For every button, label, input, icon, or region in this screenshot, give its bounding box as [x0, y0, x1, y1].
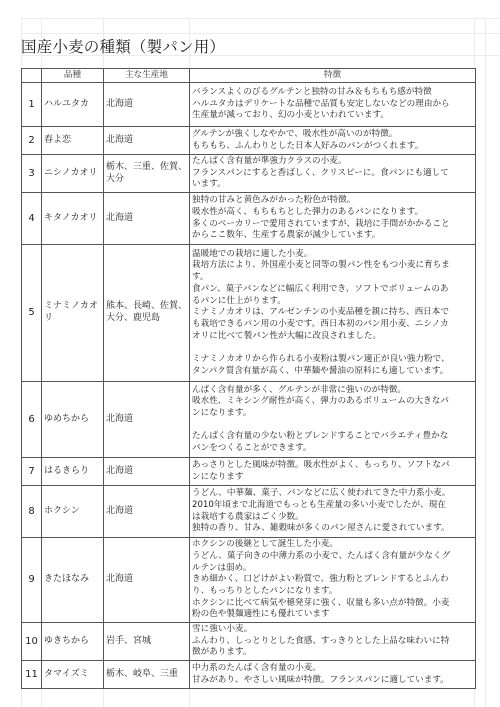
variety-cell[interactable]: ミナミノカオリ: [42, 245, 104, 382]
feature-line: たんぱく含有量が準強力クラスの小麦。: [192, 156, 473, 168]
table-row: 4キタノカオリ北海道独特の甘みと黄色みがかった粉色が特徴。吸水性が高く、もちもち…: [22, 193, 476, 245]
feature-line: 中力系のたんぱく含有量の小麦。: [192, 663, 473, 675]
feature-line: 多くのベーカリーで愛用されていますが、栽培に手間がかかること: [192, 219, 473, 231]
feature-line: ンになります: [192, 472, 473, 484]
table-row: 5ミナミノカオリ熊本、長崎、佐賀、大分、鹿児島温暖地での栽培に適した小麦。栽培方…: [22, 245, 476, 382]
region-cell[interactable]: 岩手、宮城: [104, 623, 190, 661]
region-cell[interactable]: 熊本、長崎、佐賀、大分、鹿児島: [104, 245, 190, 382]
features-cell[interactable]: たんぱく含有量が準強力クラスの小麦。フランスパンにすると香ばしく、クリスピーに。…: [190, 155, 476, 193]
feature-line: 温暖地での栽培に適した小麦。: [192, 249, 473, 261]
variety-cell[interactable]: ホクシン: [42, 486, 104, 538]
feature-line: タンパク質含有量が高く、中華麺や醤油の原料にも適しています。: [192, 366, 473, 378]
table-row: 9きたほなみ北海道ホクシンの後継として誕生した小麦。うどん、菓子向きの中薄力系の…: [22, 538, 476, 623]
feature-line: うどん、菓子向きの中薄力系の小麦で、たんぱく含有量が少なくグ: [192, 551, 473, 563]
feature-line: [192, 420, 473, 432]
row-number-cell[interactable]: 6: [22, 382, 42, 458]
row-number-cell[interactable]: 5: [22, 245, 42, 382]
table-row: 8ホクシン北海道うどん、中華麺、菓子、パンなどに広く使われてきた中力系小麦。20…: [22, 486, 476, 538]
feature-line: ホクシンに比べて病気や穂発芽に強く、収量も多い点が特徴。小麦: [192, 598, 473, 610]
variety-cell[interactable]: ゆきちから: [42, 623, 104, 661]
features-cell[interactable]: 雪に強い小麦。ふんわり、しっとりとした食感、すっきりとした上品な味わいに特徴があ…: [190, 623, 476, 661]
table-row: 6ゆめちから北海道んぱく含有量が多く、グルテンが非常に強いのが特徴。吸水性、ミキ…: [22, 382, 476, 458]
table-row: 3ニシノカオリ栃木、三重、佐賀、大分たんぱく含有量が準強力クラスの小麦。フランス…: [22, 155, 476, 193]
variety-cell[interactable]: ゆめちから: [42, 382, 104, 458]
features-cell[interactable]: あっさりとした風味が特徴。吸水性がよく、もっちり、ソフトなパンになります: [190, 458, 476, 486]
region-cell[interactable]: 北海道: [104, 382, 190, 458]
feature-line: もちもち、ふんわりとした日本人好みのパンがつくれます。: [192, 141, 473, 153]
table-row: 10ゆきちから岩手、宮城雪に強い小麦。ふんわり、しっとりとした食感、すっきりとし…: [22, 623, 476, 661]
header-region[interactable]: 主な生産地: [104, 69, 190, 83]
feature-line: ミナミノカオリから作られる小麦粉は製パン適正が良い強力粉で、: [192, 354, 473, 366]
region-cell[interactable]: 北海道: [104, 83, 190, 127]
row-number-cell[interactable]: 8: [22, 486, 42, 538]
row-number-cell[interactable]: 10: [22, 623, 42, 661]
table-row: 11タマイズミ栃木、岐阜、三重中力系のたんぱく含有量の小麦。甘みがあり、やさしい…: [22, 661, 476, 689]
feature-line: ふんわり、しっとりとした食感、すっきりとした上品な味わいに特: [192, 636, 473, 648]
wheat-varieties-table: 品種 主な生産地 特徴 1ハルユタカ北海道バランスよくのびるグルテンと独特の甘み…: [21, 68, 476, 689]
feature-line: 独特の甘みと黄色みがかった粉色が特徴。: [192, 195, 473, 207]
feature-line: ンになります。: [192, 408, 473, 420]
page-title: 国産小麦の種類（製パン用）: [21, 35, 225, 57]
feature-line: 雪に強い小麦。: [192, 624, 473, 636]
feature-line: 栽培方法により、外国産小麦と同等の製パン性をもつ小麦に育ちま: [192, 260, 473, 272]
row-number-cell[interactable]: 4: [22, 193, 42, 245]
region-cell[interactable]: 北海道: [104, 538, 190, 623]
feature-line: きめ細かく、口どけがよい粉質で、強力粉とブレンドするとふんわ: [192, 574, 473, 586]
variety-cell[interactable]: ハルユタカ: [42, 83, 104, 127]
feature-line: 徴があります。: [192, 647, 473, 659]
feature-line: います。: [192, 179, 473, 191]
region-cell[interactable]: 栃木、三重、佐賀、大分: [104, 155, 190, 193]
feature-line: ハルユタカはデリケートな品種で品質も安定しないなどの理由から: [192, 99, 473, 111]
features-cell[interactable]: バランスよくのびるグルテンと独特の甘み＆もちもち感が特徴ハルユタカはデリケートな…: [190, 83, 476, 127]
row-number-cell[interactable]: 2: [22, 127, 42, 155]
features-cell[interactable]: 中力系のたんぱく含有量の小麦。甘みがあり、やさしい風味が特徴。フランスパンに適し…: [190, 661, 476, 689]
feature-line: ミナミノカオリは、アルゼンチンの小麦品種を親に持ち、西日本で: [192, 307, 473, 319]
variety-cell[interactable]: きたほなみ: [42, 538, 104, 623]
row-number-cell[interactable]: 7: [22, 458, 42, 486]
features-cell[interactable]: グルテンが強くしなやかで、吸水性が高いのが特徴。もちもち、ふんわりとした日本人好…: [190, 127, 476, 155]
table-row: 2春よ恋北海道グルテンが強くしなやかで、吸水性が高いのが特徴。もちもち、ふんわり…: [22, 127, 476, 155]
feature-line: 食パン、菓子パンなどに幅広く利用でき、ソフトでボリュームのあ: [192, 284, 473, 296]
variety-cell[interactable]: キタノカオリ: [42, 193, 104, 245]
feature-line: 吸水性が高く、もちもちとした弾力のあるパンになります。: [192, 207, 473, 219]
region-cell[interactable]: 北海道: [104, 193, 190, 245]
feature-line: ルテンは弱め。: [192, 563, 473, 575]
variety-cell[interactable]: ニシノカオリ: [42, 155, 104, 193]
feature-line: 粉の色や製麺適性にも優れています: [192, 609, 473, 621]
region-cell[interactable]: 北海道: [104, 458, 190, 486]
feature-line: 2010年頃まで北海道でもっとも生産量の多い小麦でしたが、現在: [192, 500, 473, 512]
features-cell[interactable]: ホクシンの後継として誕生した小麦。うどん、菓子向きの中薄力系の小麦で、たんぱく含…: [190, 538, 476, 623]
table-row: 7はるきらり北海道あっさりとした風味が特徴。吸水性がよく、もっちり、ソフトなパン…: [22, 458, 476, 486]
features-cell[interactable]: 独特の甘みと黄色みがかった粉色が特徴。吸水性が高く、もちもちとした弾力のあるパン…: [190, 193, 476, 245]
feature-line: フランスパンにすると香ばしく、クリスピーに。食パンにも適して: [192, 168, 473, 180]
features-cell[interactable]: んぱく含有量が多く、グルテンが非常に強いのが特徴。吸水性、ミキシング耐性が高く、…: [190, 382, 476, 458]
feature-line: あっさりとした風味が特徴。吸水性がよく、もっちり、ソフトなパ: [192, 460, 473, 472]
features-cell[interactable]: 温暖地での栽培に適した小麦。栽培方法により、外国産小麦と同等の製パン性をもつ小麦…: [190, 245, 476, 382]
feature-line: オリに比べて製パン性が大幅に改良されました。: [192, 331, 473, 343]
row-number-cell[interactable]: 11: [22, 661, 42, 689]
header-variety[interactable]: 品種: [42, 69, 104, 83]
feature-line: るパンに仕上がります。: [192, 296, 473, 308]
table-row: 1ハルユタカ北海道バランスよくのびるグルテンと独特の甘み＆もちもち感が特徴ハルユ…: [22, 83, 476, 127]
feature-line: バランスよくのびるグルテンと独特の甘み＆もちもち感が特徴: [192, 87, 473, 99]
feature-line: [192, 342, 473, 354]
feature-line: は栽培する農家はごく少数。: [192, 512, 473, 524]
features-cell[interactable]: うどん、中華麺、菓子、パンなどに広く使われてきた中力系小麦。2010年頃まで北海…: [190, 486, 476, 538]
feature-line: からここ数年、生産する農家が減少しています。: [192, 230, 473, 242]
header-no[interactable]: [22, 69, 42, 83]
variety-cell[interactable]: タマイズミ: [42, 661, 104, 689]
feature-line: 独特の香り、甘み、雑穀味が多くのパン屋さんに愛されています。: [192, 523, 473, 535]
row-number-cell[interactable]: 3: [22, 155, 42, 193]
region-cell[interactable]: 北海道: [104, 486, 190, 538]
feature-line: たんぱく含有量の少ない粉とブレンドすることでバラエティ豊かな: [192, 431, 473, 443]
feature-line: も栽培できるパン用の小麦です。西日本初のパン用小麦、ニシノカ: [192, 319, 473, 331]
feature-line: んぱく含有量が多く、グルテンが非常に強いのが特徴。: [192, 385, 473, 397]
region-cell[interactable]: 北海道: [104, 127, 190, 155]
region-cell[interactable]: 栃木、岐阜、三重: [104, 661, 190, 689]
table-header-row: 品種 主な生産地 特徴: [22, 69, 476, 83]
feature-line: パンをつくることができます。: [192, 443, 473, 455]
feature-line: 吸水性、ミキシング耐性が高く、弾力のあるボリュームの大きなパ: [192, 396, 473, 408]
feature-line: 甘みがあり、やさしい風味が特徴。フランスパンに適しています。: [192, 675, 473, 687]
feature-line: ホクシンの後継として誕生した小麦。: [192, 539, 473, 551]
feature-line: す。: [192, 272, 473, 284]
header-features[interactable]: 特徴: [190, 69, 476, 83]
variety-cell[interactable]: はるきらり: [42, 458, 104, 486]
row-number-cell[interactable]: 1: [22, 83, 42, 127]
feature-line: 生産量が減っており、幻の小麦といわれています。: [192, 110, 473, 122]
row-number-cell[interactable]: 9: [22, 538, 42, 623]
feature-line: り、もっちりとしたパンになります。: [192, 586, 473, 598]
feature-line: グルテンが強くしなやかで、吸水性が高いのが特徴。: [192, 129, 473, 141]
variety-cell[interactable]: 春よ恋: [42, 127, 104, 155]
feature-line: うどん、中華麺、菓子、パンなどに広く使われてきた中力系小麦。: [192, 488, 473, 500]
